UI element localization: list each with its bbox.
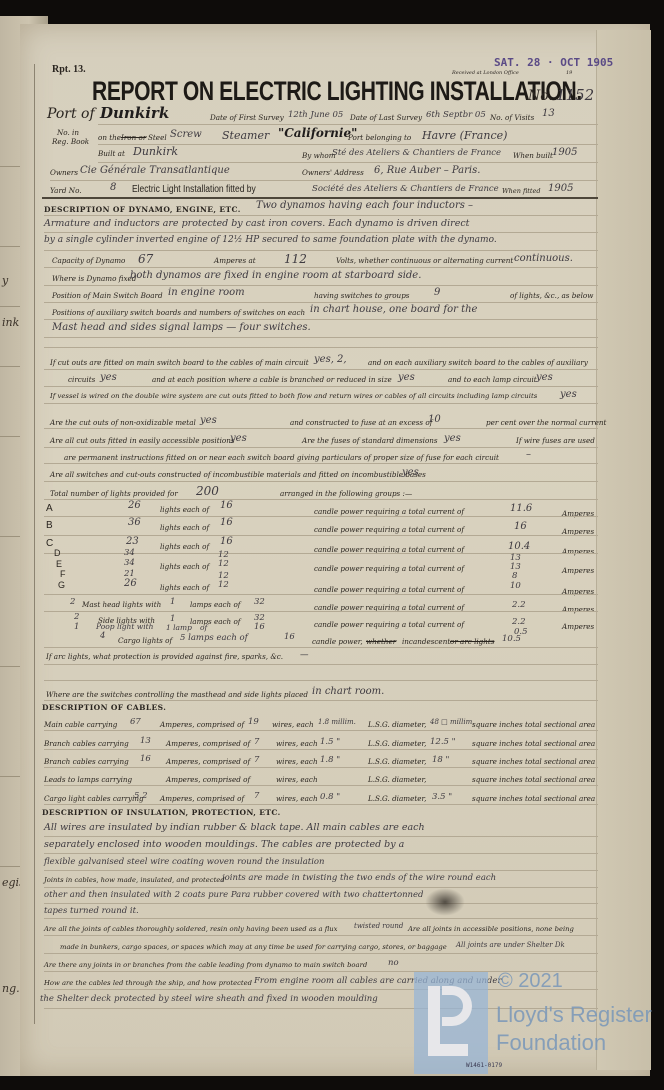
whether-label: whether (366, 637, 396, 646)
steel-label: Steel (148, 133, 167, 142)
cutout-main-value: yes, 2, (314, 354, 347, 365)
cable-diameter: 1.8 millim. (318, 718, 356, 726)
fitted-by-label: Electric Light Installation fitted by (132, 184, 256, 195)
group-count: 26 (124, 578, 137, 589)
cable-area-label: square inches total sectional area (472, 794, 595, 803)
visits-value: 13 (542, 108, 555, 119)
group-cp: 16 (220, 500, 233, 511)
by-whom-value: Sté des Ateliers & Chantiers de France (332, 148, 501, 158)
cable-area-label: square inches total sectional area (472, 720, 595, 729)
cp-label: candle power requiring a total current o… (314, 525, 464, 534)
lights-each-label: lights each of (160, 542, 209, 551)
capacity-value: 67 (138, 252, 153, 266)
masthead-current: 2.2 (512, 600, 526, 610)
cables-led-value-cont: the Shelter deck protected by steel wire… (40, 994, 378, 1004)
arc-lights-label: or arc lights (450, 637, 494, 646)
group-letter: D (54, 548, 61, 558)
masthead-label: Mast head lights with (82, 600, 161, 609)
soldered-label: Are all the joints of cables thoroughly … (44, 925, 337, 933)
bunkers-value: All joints are under Shelter Dk (456, 941, 565, 949)
cable-row-label: Leads to lamps carrying (44, 775, 132, 784)
under-sheet-fragment: ng. (2, 982, 20, 995)
poop-cp: 16 (254, 622, 265, 632)
built-at-label: Built at (98, 149, 125, 158)
wire-fuses-label: If wire fuses are used (516, 436, 595, 445)
masthead-lamps: 1 (170, 597, 175, 607)
aux-switch-value: in chart house, one board for the (310, 304, 477, 315)
double-wire-label: If vessel is wired on the double wire sy… (50, 392, 537, 400)
when-fitted-value: 1905 (548, 183, 573, 194)
amperes-label: Amperes (562, 547, 594, 556)
group-count: 36 (128, 517, 141, 528)
cutout-lamp-label: and to each lamp circuit (448, 375, 537, 384)
group-letter: B (46, 520, 53, 531)
cp-label: candle power requiring a total current o… (314, 585, 464, 594)
first-survey-value: 12th June 05 (288, 110, 343, 120)
lr-logo-l-base (428, 1044, 468, 1056)
fuse-excess-value: 10 (428, 414, 441, 425)
insulation-section-title: DESCRIPTION OF INSULATION, PROTECTION, E… (42, 808, 281, 817)
lights-each-label: lights each of (160, 505, 209, 514)
accessible-joints-label: Are all joints in accessible positions, … (408, 925, 574, 933)
when-built-value: 1905 (552, 147, 577, 158)
cargo-current: 10.5 (502, 634, 521, 644)
total-lights-value: 200 (196, 484, 219, 498)
insulation-line: separately enclosed into wooden moulding… (44, 839, 404, 850)
cable-row-label: Branch cables carrying (44, 739, 129, 748)
cable-amps: 67 (130, 717, 141, 727)
group-count: 34 (124, 558, 135, 568)
when-built-label: When built (513, 151, 553, 160)
group-current: 16 (514, 521, 527, 532)
aux-switch-value-cont: Mast head and sides signal lamps — four … (52, 322, 311, 333)
dynamo-joints-label: Are there any joints in or branches from… (44, 961, 367, 969)
cargo-lamps: 5 lamps each of (180, 633, 248, 643)
iron-or-label: Iron or (121, 133, 146, 142)
lr-logo-r-shape (442, 986, 472, 1026)
cutout-lamp-value: yes (536, 372, 553, 383)
volts-value: 112 (284, 252, 307, 266)
dynamo-section-title: DESCRIPTION OF DYNAMO, ENGINE, ETC. (44, 205, 241, 214)
cable-area: 12.5 " (430, 737, 456, 747)
yard-value: 8 (110, 182, 116, 193)
poop-count: 1 (74, 622, 79, 632)
group-cp: 12 (218, 580, 229, 590)
when-fitted-label: When fitted (502, 187, 541, 195)
joints-value-cont: other and then insulated with 2 coats pu… (44, 890, 424, 900)
cable-row-label: Cargo light cables carrying (44, 794, 144, 803)
cable-lsg-label: L.S.G. diameter, (368, 794, 426, 803)
cable-row-label: Main cable carrying (44, 720, 117, 729)
non-oxidizable-value: yes (200, 415, 217, 426)
under-sheet-fragment: ink (2, 316, 19, 329)
cutout-aux-value: yes (100, 372, 117, 383)
volts-label: Volts, whether continuous or alternating… (336, 256, 513, 265)
owners-address-value: 6, Rue Auber – Paris. (374, 165, 480, 176)
amperes-label: Amperes (562, 605, 594, 614)
cable-lsg-label: L.S.G. diameter, (368, 775, 426, 784)
switch-place-label: Where are the switches controlling the m… (46, 690, 308, 699)
group-letter: G (58, 580, 65, 590)
dynamo-description-line: by a single cylinder inverted engine of … (44, 235, 497, 245)
form-code: Rpt. 13. (52, 64, 86, 75)
capacity-label: Capacity of Dynamo (52, 256, 125, 265)
incandescent-label: incandescent (402, 637, 450, 646)
double-wire-value: yes (560, 389, 577, 400)
where-fixed-label: Where is Dynamo fixed (52, 274, 136, 283)
non-oxidizable-label: Are the cut outs of non-oxidizable metal (50, 418, 196, 427)
under-sheet-fragment: y (2, 274, 8, 287)
arranged-label: arranged in the following groups :— (280, 489, 412, 498)
report-number-value: 1152 (556, 86, 594, 104)
cable-lsg-label: L.S.G. diameter, (368, 757, 426, 766)
switch-groups-label: having switches to groups (314, 291, 409, 300)
cable-lsg-label: L.S.G. diameter, (368, 720, 426, 729)
fuse-instructions-label: are permanent instructions fitted on or … (64, 453, 499, 462)
cable-area-label: square inches total sectional area (472, 739, 595, 748)
group-count: 26 (128, 500, 141, 511)
cable-amperes-label: Amperes, comprised of (166, 739, 250, 748)
visits-label: No. of Visits (490, 113, 534, 122)
vessel-type-value: Steamer (222, 129, 269, 142)
fuse-excess-label: and constructed to fuse at an excess of (290, 418, 432, 427)
group-letter: F (60, 569, 66, 579)
owners-label: Owners (50, 168, 78, 177)
joints-label: Joints in cables, how made, insulated, a… (44, 876, 225, 884)
group-letter: A (46, 503, 53, 514)
amperes-label: Amperes (562, 566, 594, 575)
side-current: 2.2 (512, 617, 526, 627)
dynamo-joints-value: no (388, 958, 399, 968)
cable-wires: 19 (248, 717, 259, 727)
cable-amperes-label: Amperes, comprised of (160, 794, 244, 803)
lr-logo (414, 972, 488, 1074)
cable-lsg-label: L.S.G. diameter, (368, 739, 426, 748)
cp-label: candle power requiring a total current o… (314, 620, 464, 629)
ink-smudge (425, 888, 465, 916)
joints-value: joints are made in twisting the two ends… (222, 873, 496, 883)
cable-area-label: square inches total sectional area (472, 757, 595, 766)
insulation-line: All wires are insulated by indian rubber… (44, 822, 425, 833)
cable-amps: 5.2 (134, 791, 148, 801)
cable-area: 48 □ millim. (430, 718, 474, 726)
cable-wires-label: wires, each (276, 739, 318, 748)
accessible-cutouts-value: yes (230, 433, 247, 444)
port-belonging-label: Port belonging to (348, 133, 411, 142)
group-letter: C (46, 538, 53, 549)
joints-value-cont: tapes turned round it. (44, 906, 139, 916)
switch-groups-value: 9 (434, 287, 440, 298)
group-current: 10 (510, 581, 521, 591)
cutout-branch-value: yes (398, 372, 415, 383)
arc-lights-strike: or arc lights (450, 637, 494, 646)
group-cp: 12 (218, 559, 229, 569)
group-count: 34 (124, 548, 135, 558)
group-cp: 16 (220, 517, 233, 528)
reg-book-label-2: Reg. Book (52, 137, 89, 146)
cables-section-title: DESCRIPTION OF CABLES. (42, 703, 166, 712)
dynamo-description-line: Armature and inductors are protected by … (44, 218, 469, 229)
insulation-line: flexible galvanised steel wire coating w… (44, 857, 325, 867)
reg-book-label-1: No. in (57, 128, 79, 137)
side-count: 2 (74, 612, 79, 622)
cable-wires: 7 (254, 755, 259, 765)
masthead-lamps-label: lamps each of (190, 600, 240, 609)
fuse-instructions-value: – (526, 449, 531, 460)
total-lights-label: Total number of lights provided for (50, 489, 178, 498)
cable-amperes-label: Amperes, comprised of (166, 775, 250, 784)
page-title: REPORT ON ELECTRIC LIGHTING INSTALLATION… (92, 76, 560, 107)
ship-name-value: "Californie" (278, 126, 357, 140)
sheet-right-margin (596, 30, 651, 1070)
cable-wires-label: wires, each (272, 720, 314, 729)
accessible-cutouts-label: Are all cut outs fitted in easily access… (50, 436, 235, 445)
cable-wires: 7 (254, 737, 259, 747)
cable-area: 18 " (432, 755, 449, 765)
watermark-copyright: © 2021 (498, 970, 563, 993)
received-stamp: SAT. 28 · OCT 1905 (494, 56, 613, 69)
switch-place-value: in chart room. (312, 686, 384, 697)
cable-amps: 16 (140, 754, 151, 764)
cargo-label: Cargo lights of (118, 636, 172, 645)
group-letter: E (56, 559, 62, 569)
bunkers-label: made in bunkers, cargo spaces, or spaces… (60, 943, 447, 951)
arc-protection-label: If arc lights, what protection is provid… (46, 652, 283, 661)
cable-area: 3.5 " (432, 792, 452, 802)
cutout-main-suffix: and on each auxiliary switch board to th… (368, 358, 588, 367)
side-lamps-label: lamps each of (190, 617, 240, 626)
current-type-value: continuous. (514, 253, 573, 264)
cutout-aux-label: circuits (68, 375, 95, 384)
masthead-cp: 32 (254, 597, 265, 607)
poop-lamps: 1 lamp (166, 623, 192, 632)
cutout-main-label: If cut outs are fitted on main switch bo… (50, 358, 309, 367)
port-value: Dunkirk (100, 104, 169, 122)
group-count: 23 (126, 536, 139, 547)
incombustible-label: Are all switches and cut-outs constructe… (50, 470, 426, 479)
cable-row-label: Branch cables carrying (44, 757, 129, 766)
watermark-org-line-1: Lloyd's Register (496, 1002, 652, 1028)
watermark-org-line-2: Foundation (496, 1030, 606, 1056)
propulsion-value: Screw (170, 129, 202, 140)
main-switch-label: Position of Main Switch Board (52, 291, 163, 300)
owners-value: Cie Générale Transatlantique (80, 165, 230, 176)
report-number-label: No. (528, 88, 553, 104)
fitted-by-value: Société des Ateliers & Chantiers de Fran… (312, 184, 499, 194)
lights-each-label: lights each of (160, 523, 209, 532)
cables-led-label: How are the cables led through the ship,… (44, 979, 252, 987)
cp-label: candle power requiring a total current o… (314, 507, 464, 516)
aux-switch-label: Positions of auxiliary switch boards and… (52, 308, 305, 317)
cable-amperes-label: Amperes, comprised of (166, 757, 250, 766)
lights-each-label: lights each of (160, 562, 209, 571)
poop-lamps-label: of (200, 623, 207, 632)
cp-label: candle power requiring a total current o… (314, 564, 464, 573)
incombustible-value: yes (402, 467, 419, 478)
by-whom-label: By whom (302, 151, 336, 160)
cable-diameter: 0.8 " (320, 792, 340, 802)
cargo-cp-label: candle power, (312, 637, 363, 646)
cable-wires: 7 (254, 791, 259, 801)
first-survey-label: Date of First Survey (210, 113, 284, 122)
main-switch-value: in engine room (168, 287, 245, 298)
amperes-label: Amperes (562, 622, 594, 631)
group-current: 11.6 (510, 503, 532, 514)
switch-groups-suffix: of lights, &c., as below (510, 291, 593, 300)
cable-amps: 13 (140, 736, 151, 746)
port-label: Port of (47, 106, 95, 122)
archive-reference: W1461-0179 (466, 1062, 502, 1069)
poop-label: Poop light with (96, 622, 153, 631)
yard-label: Yard No. (50, 186, 82, 195)
arc-protection-value: — (300, 650, 309, 660)
lights-each-label: lights each of (160, 583, 209, 592)
group-cp: 16 (220, 536, 233, 547)
last-survey-label: Date of Last Survey (350, 113, 422, 122)
owners-address-label: Owners' Address (302, 168, 364, 177)
cable-area-label: square inches total sectional area (472, 775, 595, 784)
built-at-value: Dunkirk (133, 145, 178, 158)
cargo-cp: 16 (284, 632, 295, 642)
cable-diameter: 1.5 " (320, 737, 340, 747)
cable-wires-label: wires, each (276, 794, 318, 803)
cutout-branch-label: and at each position where a cable is br… (152, 375, 392, 384)
cable-amperes-label: Amperes, comprised of (160, 720, 244, 729)
cable-wires-label: wires, each (276, 775, 318, 784)
group-current: 8 (512, 571, 517, 581)
standard-fuses-value: yes (444, 433, 461, 444)
soldered-value: twisted round (354, 922, 403, 930)
on-the-label: on the (98, 133, 121, 142)
group-current: 10.4 (508, 541, 530, 552)
amperes-at-label: Amperes at (214, 256, 256, 265)
last-survey-value: 6th Septbr 05 (426, 110, 486, 120)
dynamo-description-line: Two dynamos having each four inductors – (256, 200, 473, 211)
cargo-count: 4 (100, 631, 105, 641)
cable-diameter: 1.8 " (320, 755, 340, 765)
masthead-count: 2 (70, 597, 75, 607)
standard-fuses-label: Are the fuses of standard dimensions (302, 436, 438, 445)
cable-wires-label: wires, each (276, 757, 318, 766)
port-belonging-value: Havre (France) (422, 129, 507, 142)
where-fixed-value: both dynamos are fixed in engine room at… (130, 270, 421, 281)
fuse-excess-suffix: per cent over the normal current (486, 418, 606, 427)
